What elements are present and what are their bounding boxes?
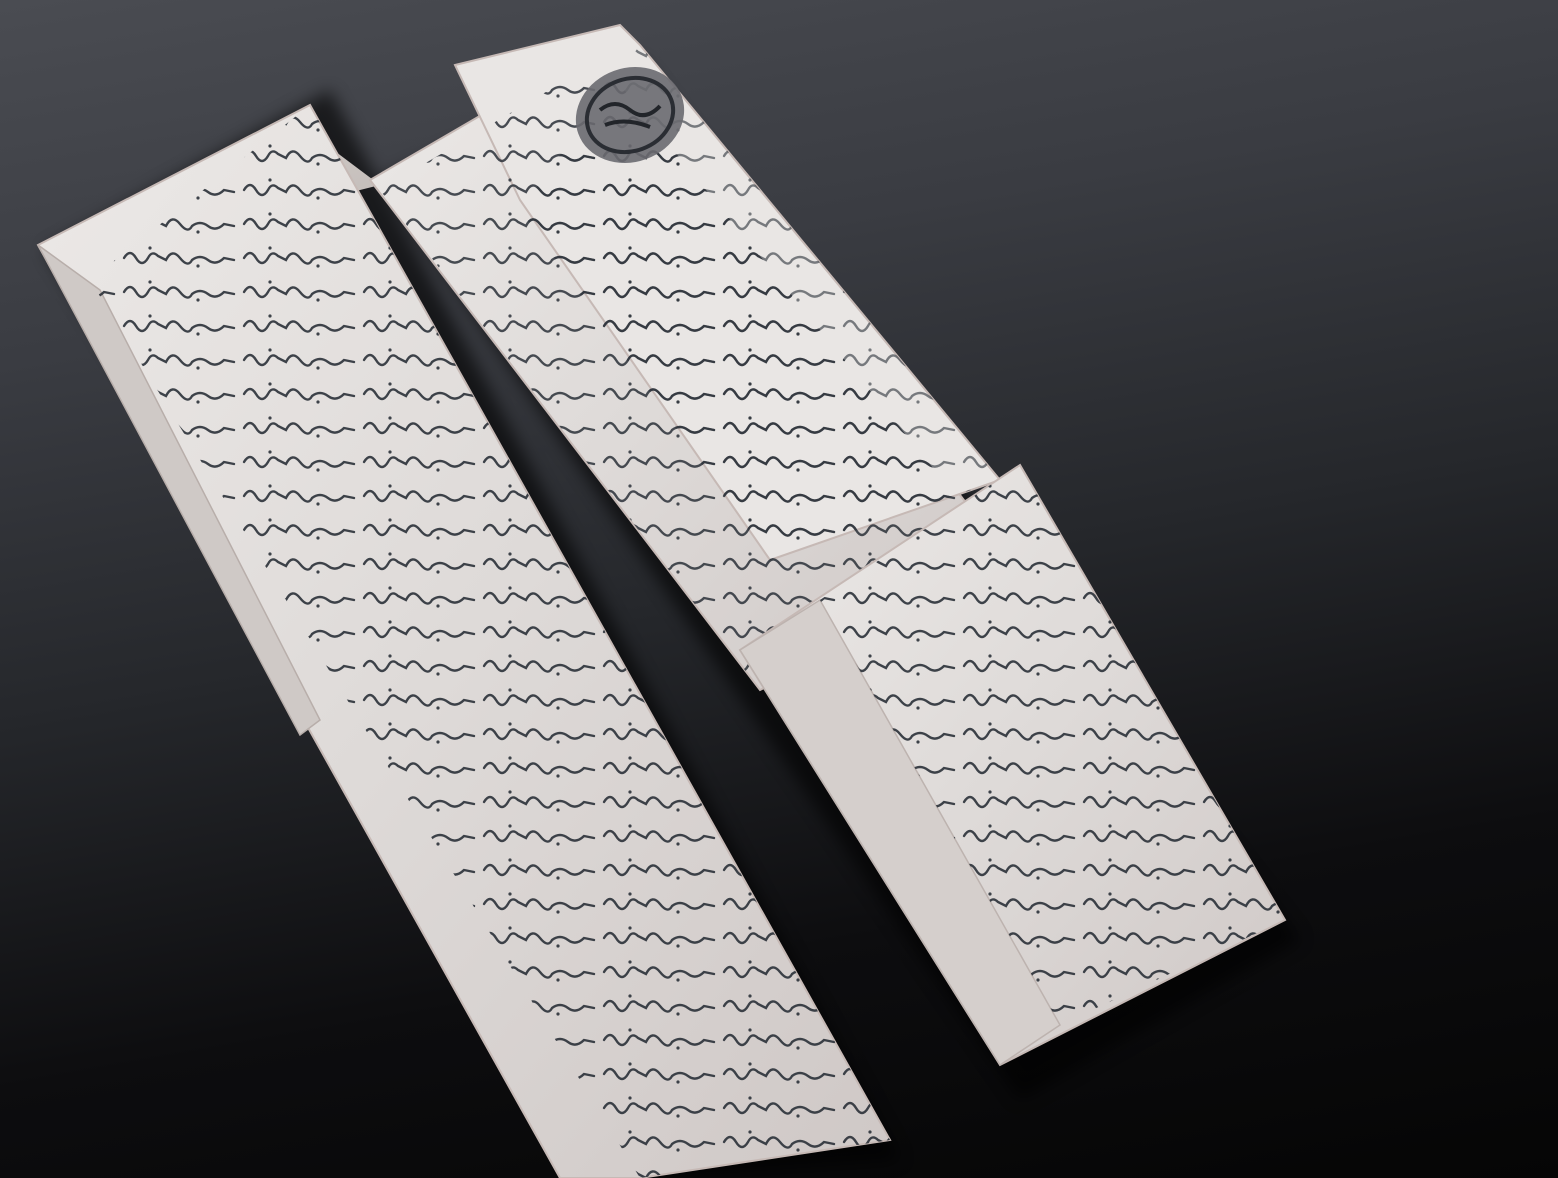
manuscript-illustration (0, 0, 1558, 1178)
photo-scene: Handwritten Arabic manuscript strips on … (0, 0, 1558, 1178)
